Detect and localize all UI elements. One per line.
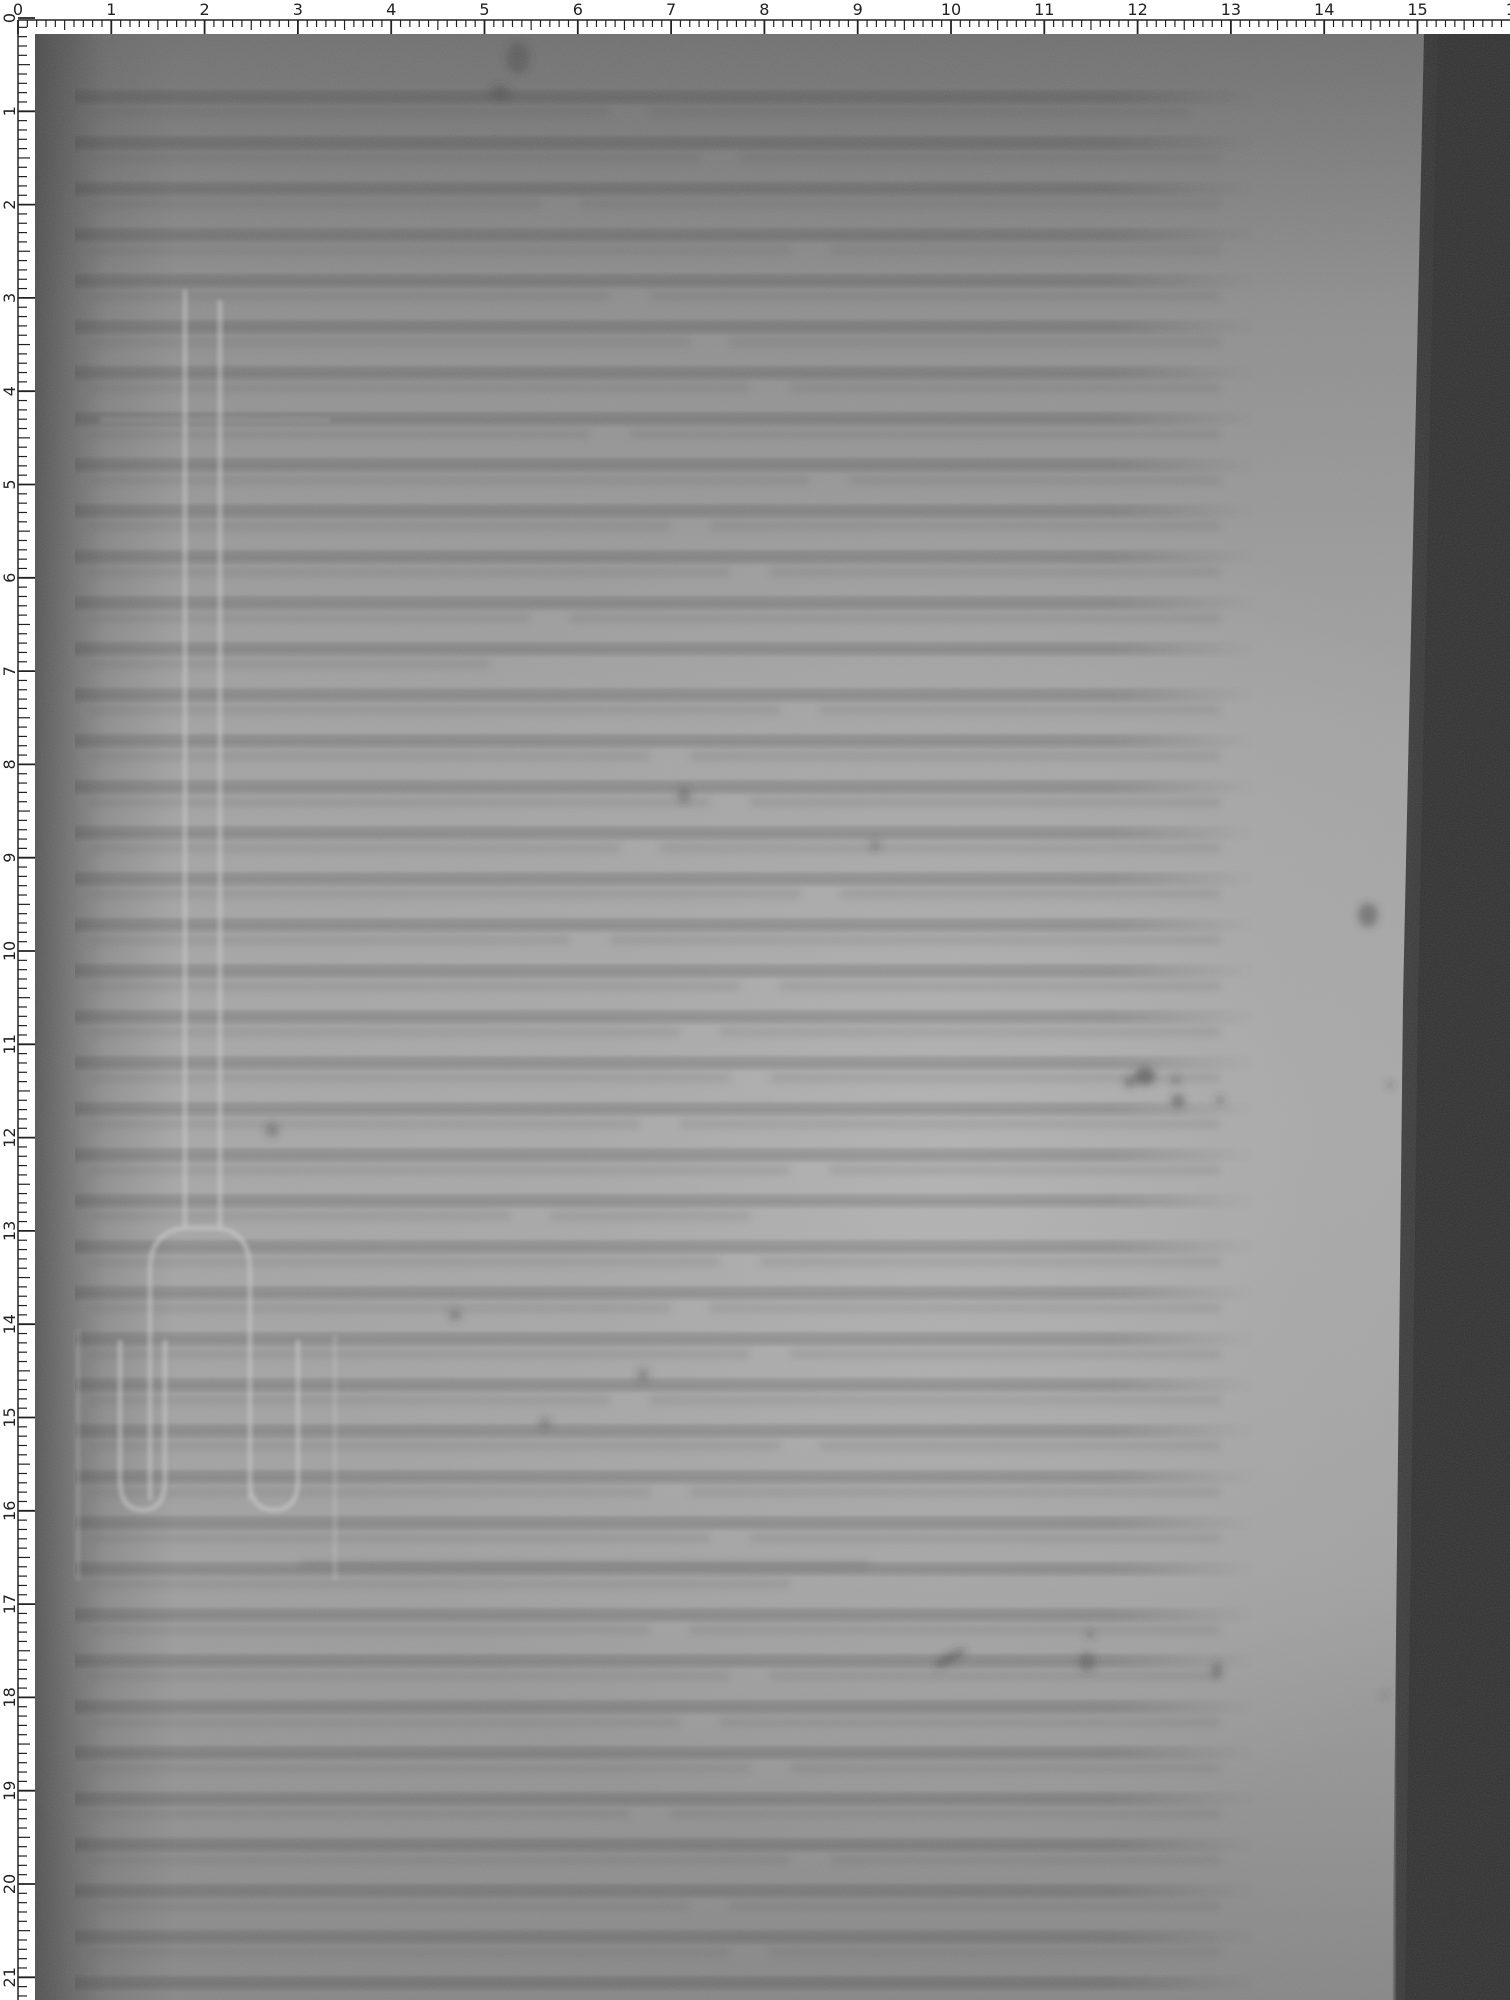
top-ruler-label: 12 <box>1127 0 1147 19</box>
top-ruler-label: 1 <box>1506 0 1510 19</box>
left-ruler-label: 8 <box>0 759 19 769</box>
left-ruler-label: 2 <box>0 200 19 210</box>
left-ruler-label: 9 <box>0 853 19 863</box>
left-ruler-label: 1 <box>0 106 19 116</box>
left-ruler-label: 19 <box>0 1781 19 1801</box>
top-ruler-label: 9 <box>853 0 863 19</box>
left-ruler-label: 15 <box>0 1407 19 1427</box>
top-ruler-label: 3 <box>293 0 303 19</box>
top-ruler-label: 11 <box>1034 0 1054 19</box>
left-ruler-label: 11 <box>0 1034 19 1054</box>
left-ruler-label: 12 <box>0 1127 19 1147</box>
ruler-graphics: 01234567891011121314151 0123456789101112… <box>0 0 1510 2000</box>
left-ruler-label: 4 <box>0 386 19 396</box>
left-ruler-label: 14 <box>0 1314 19 1334</box>
left-ruler-label: 7 <box>0 666 19 676</box>
left-ruler-label: 16 <box>0 1501 19 1521</box>
top-ruler-label: 6 <box>573 0 583 19</box>
left-ruler-label: 13 <box>0 1221 19 1241</box>
left-ruler-label: 5 <box>0 479 19 489</box>
left-ruler-label: 6 <box>0 573 19 583</box>
top-ruler-label: 10 <box>941 0 961 19</box>
left-ruler-label: 20 <box>0 1874 19 1894</box>
top-ruler-label: 13 <box>1221 0 1241 19</box>
top-ruler-label: 8 <box>759 0 769 19</box>
top-ruler-label: 2 <box>200 0 210 19</box>
top-ruler-label: 7 <box>666 0 676 19</box>
left-ruler-label: 10 <box>0 941 19 961</box>
left-ruler-label: 3 <box>0 293 19 303</box>
left-ruler-label: 0 <box>0 13 19 23</box>
top-ruler-label: 1 <box>106 0 116 19</box>
top-ruler-label: 15 <box>1407 0 1427 19</box>
top-ruler-label: 4 <box>386 0 396 19</box>
top-ruler-label: 5 <box>479 0 489 19</box>
left-ruler-label: 17 <box>0 1594 19 1614</box>
left-ruler-label: 21 <box>0 1967 19 1987</box>
top-ruler-label: 14 <box>1314 0 1334 19</box>
left-ruler-label: 18 <box>0 1687 19 1707</box>
